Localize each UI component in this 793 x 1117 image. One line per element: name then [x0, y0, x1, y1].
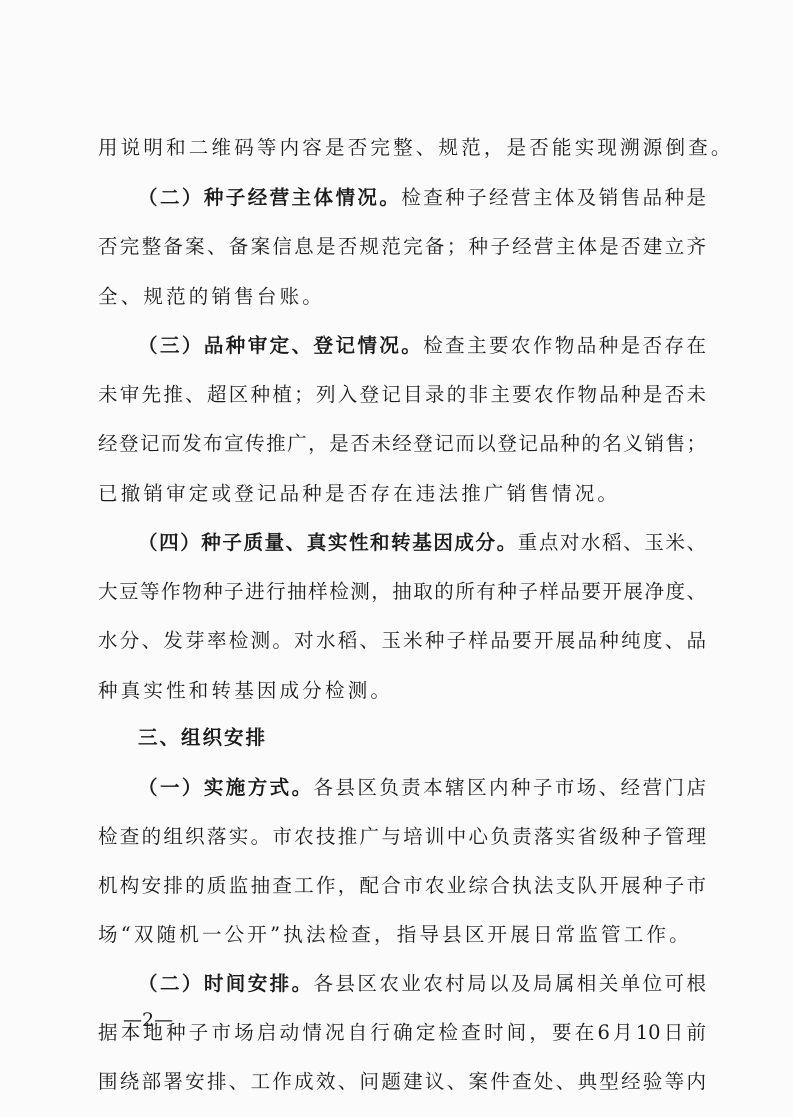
paragraph-lead-heading: （二）时间安排。 [138, 972, 314, 995]
paragraph-line: （二）种子经营主体情况。检查种子经营主体及销售品种是 [138, 185, 706, 211]
paragraph-line: 用说明和二维码等内容是否完整、规范，是否能实现溯源倒查。 [98, 135, 706, 161]
paragraph-line: （四）种子质量、真实性和转基因成分。重点对水稻、玉米、 [138, 530, 706, 556]
paragraph-text: 检查种子经营主体及销售品种是 [401, 186, 706, 209]
page-number: —2— [123, 1009, 173, 1031]
paragraph-text: 据本地种子市场启动情况自行确定检查时间，要在6月10日前 [98, 1021, 706, 1044]
paragraph-text: 全、规范的销售台账。 [98, 285, 325, 308]
paragraph-text: 各县区负责本辖区内种子市场、经营门店 [314, 776, 706, 799]
paragraph-line: 围绕部署安排、工作成效、问题建议、案件查处、典型经验等内 [98, 1069, 706, 1095]
paragraph-line: 全、规范的销售台账。 [98, 284, 706, 310]
paragraph-text: 检查主要农作物品种是否存在 [423, 334, 706, 357]
paragraph-line: （一）实施方式。各县区负责本辖区内种子市场、经营门店 [138, 775, 706, 801]
paragraph-text: 场“双随机一公开”执法检查，指导县区开展日常监管工作。 [98, 923, 692, 946]
paragraph-text: 水分、发芽率检测。对水稻、玉米种子样品要开展品种纯度、品 [98, 629, 706, 652]
paragraph-line: （三）品种审定、登记情况。检查主要农作物品种是否存在 [138, 333, 706, 359]
paragraph-text: 未审先推、超区种植；列入登记目录的非主要农作物品种是否未 [98, 383, 706, 406]
paragraph-text: 围绕部署安排、工作成效、问题建议、案件查处、典型经验等内 [98, 1070, 706, 1093]
paragraph-text: 大豆等作物种子进行抽样检测，抽取的所有种子样品要开展净度、 [98, 580, 706, 603]
section-heading: 三、组织安排 [138, 725, 746, 751]
paragraph-lead-heading: （四）种子质量、真实性和转基因成分。 [138, 531, 518, 554]
paragraph-text: 用说明和二维码等内容是否完整、规范，是否能实现溯源倒查。 [98, 136, 734, 159]
paragraph-lead-heading: （一）实施方式。 [138, 776, 314, 799]
paragraph-line: 种真实性和转基因成分检测。 [98, 678, 706, 704]
paragraph-text: 各县区农业农村局以及局属相关单位可根 [314, 972, 706, 995]
paragraph-text: 经登记而发布宣传推广，是否未经登记而以登记品种的名义销售； [98, 432, 706, 455]
paragraph-line: 已撤销审定或登记品种是否存在违法推广销售情况。 [98, 481, 706, 507]
paragraph-line: 经登记而发布宣传推广，是否未经登记而以登记品种的名义销售； [98, 431, 706, 457]
paragraph-text: 种真实性和转基因成分检测。 [98, 679, 393, 702]
paragraph-line: 大豆等作物种子进行抽样检测，抽取的所有种子样品要开展净度、 [98, 579, 706, 605]
paragraph-text: 重点对水稻、玉米、 [518, 531, 706, 554]
paragraph-text: 机构安排的质监抽查工作，配合市农业综合执法支队开展种子市 [98, 874, 706, 897]
paragraph-line: 机构安排的质监抽查工作，配合市农业综合执法支队开展种子市 [98, 873, 706, 899]
paragraph-text: 已撤销审定或登记品种是否存在违法推广销售情况。 [98, 482, 620, 505]
paragraph-line: 场“双随机一公开”执法检查，指导县区开展日常监管工作。 [98, 922, 706, 948]
paragraph-line: 否完整备案、备案信息是否规范完备；种子经营主体是否建立齐 [98, 234, 706, 260]
paragraph-text: 检查的组织落实。市农技推广与培训中心负责落实省级种子管理 [98, 825, 706, 848]
paragraph-line: 水分、发芽率检测。对水稻、玉米种子样品要开展品种纯度、品 [98, 628, 706, 654]
paragraph-line: 检查的组织落实。市农技推广与培训中心负责落实省级种子管理 [98, 824, 706, 850]
paragraph-lead-heading: （二）种子经营主体情况。 [138, 186, 401, 209]
paragraph-text: 否完整备案、备案信息是否规范完备；种子经营主体是否建立齐 [98, 235, 706, 258]
paragraph-lead-heading: （三）品种审定、登记情况。 [138, 334, 423, 357]
paragraph-line: 未审先推、超区种植；列入登记目录的非主要农作物品种是否未 [98, 382, 706, 408]
document-page: 用说明和二维码等内容是否完整、规范，是否能实现溯源倒查。（二）种子经营主体情况。… [0, 0, 793, 1117]
paragraph-line: （二）时间安排。各县区农业农村局以及局属相关单位可根 [138, 971, 706, 997]
paragraph-line: 据本地种子市场启动情况自行确定检查时间，要在6月10日前 [98, 1020, 706, 1046]
